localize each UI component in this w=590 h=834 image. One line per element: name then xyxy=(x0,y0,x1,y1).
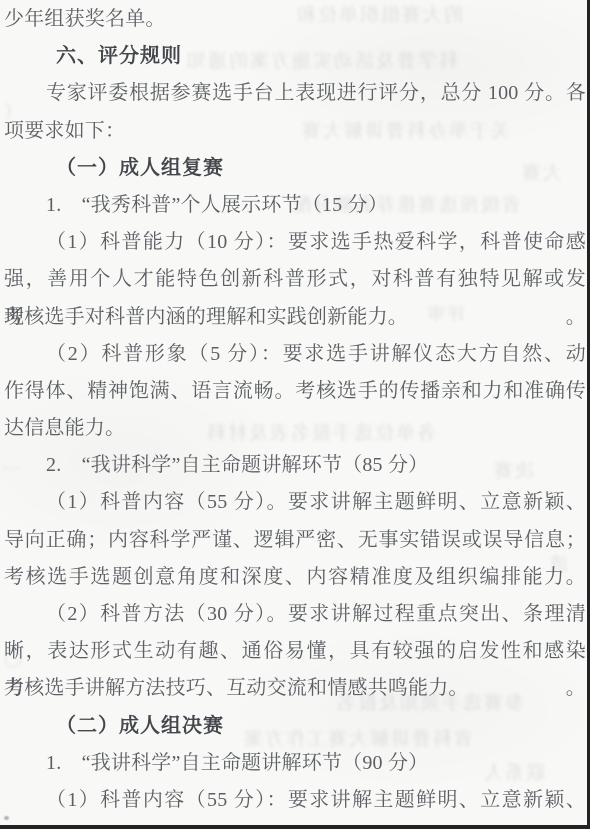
text-line: 1. “我秀科普”个人展示环节（15 分） xyxy=(0,187,590,224)
document-text: 少年组获奖名单。六、评分规则专家评委根据参赛选手台上表现进行评分，总分 100 … xyxy=(0,1,590,819)
scanned-document-page: 的大赛组织单位和科学普及活动实施方案的通知关于举办科普讲解大赛大赛省级预选赛推荐… xyxy=(0,0,590,834)
text-line: 作得体、精神饱满、语言流畅。考核选手的传播亲和力和准确传 xyxy=(0,373,590,410)
text-line: 强，善用个人才能特色创新科普形式，对科普有独特见解或发现。 xyxy=(0,261,590,298)
scan-margin-bottom xyxy=(0,829,590,834)
text-line: （2）科普形象（5 分）：要求选手讲解仪态大方自然、动 xyxy=(0,336,590,373)
scan-speck xyxy=(4,816,9,820)
text-line: 专家评委根据参赛选手台上表现进行评分，总分 100 分。各 xyxy=(0,75,590,112)
text-line: 达信息能力。 xyxy=(0,410,590,447)
text-line: 1. “我讲科学”自主命题讲解环节（90 分） xyxy=(0,745,590,782)
text-line: 项要求如下： xyxy=(0,113,590,150)
text-line: （1）科普内容（55 分）：要求讲解主题鲜明、立意新颖、 xyxy=(0,782,590,819)
text-line: （2）科普方法（30 分）。要求讲解过程重点突出、条理清 xyxy=(0,596,590,633)
text-line: 考核选手选题创意角度和深度、内容精准度及组织编排能力。 xyxy=(0,559,590,596)
section-heading-line: 六、评分规则 xyxy=(0,38,590,75)
section-heading-line: （一）成人组复赛 xyxy=(0,150,590,187)
text-line: 2. “我讲科学”自主命题讲解环节（85 分） xyxy=(0,447,590,484)
text-line: 导向正确；内容科学严谨、逻辑严密、无事实错误或误导信息； xyxy=(0,522,590,559)
text-line: （1）科普内容（55 分）。要求讲解主题鲜明、立意新颖、 xyxy=(0,484,590,521)
section-heading-line: （二）成人组决赛 xyxy=(0,708,590,745)
text-line: 晰，表达形式生动有趣、通俗易懂，具有较强的启发性和感染力。 xyxy=(0,633,590,670)
text-line: （1）科普能力（10 分）：要求选手热爱科学，科普使命感 xyxy=(0,224,590,261)
text-line: 少年组获奖名单。 xyxy=(0,1,590,38)
